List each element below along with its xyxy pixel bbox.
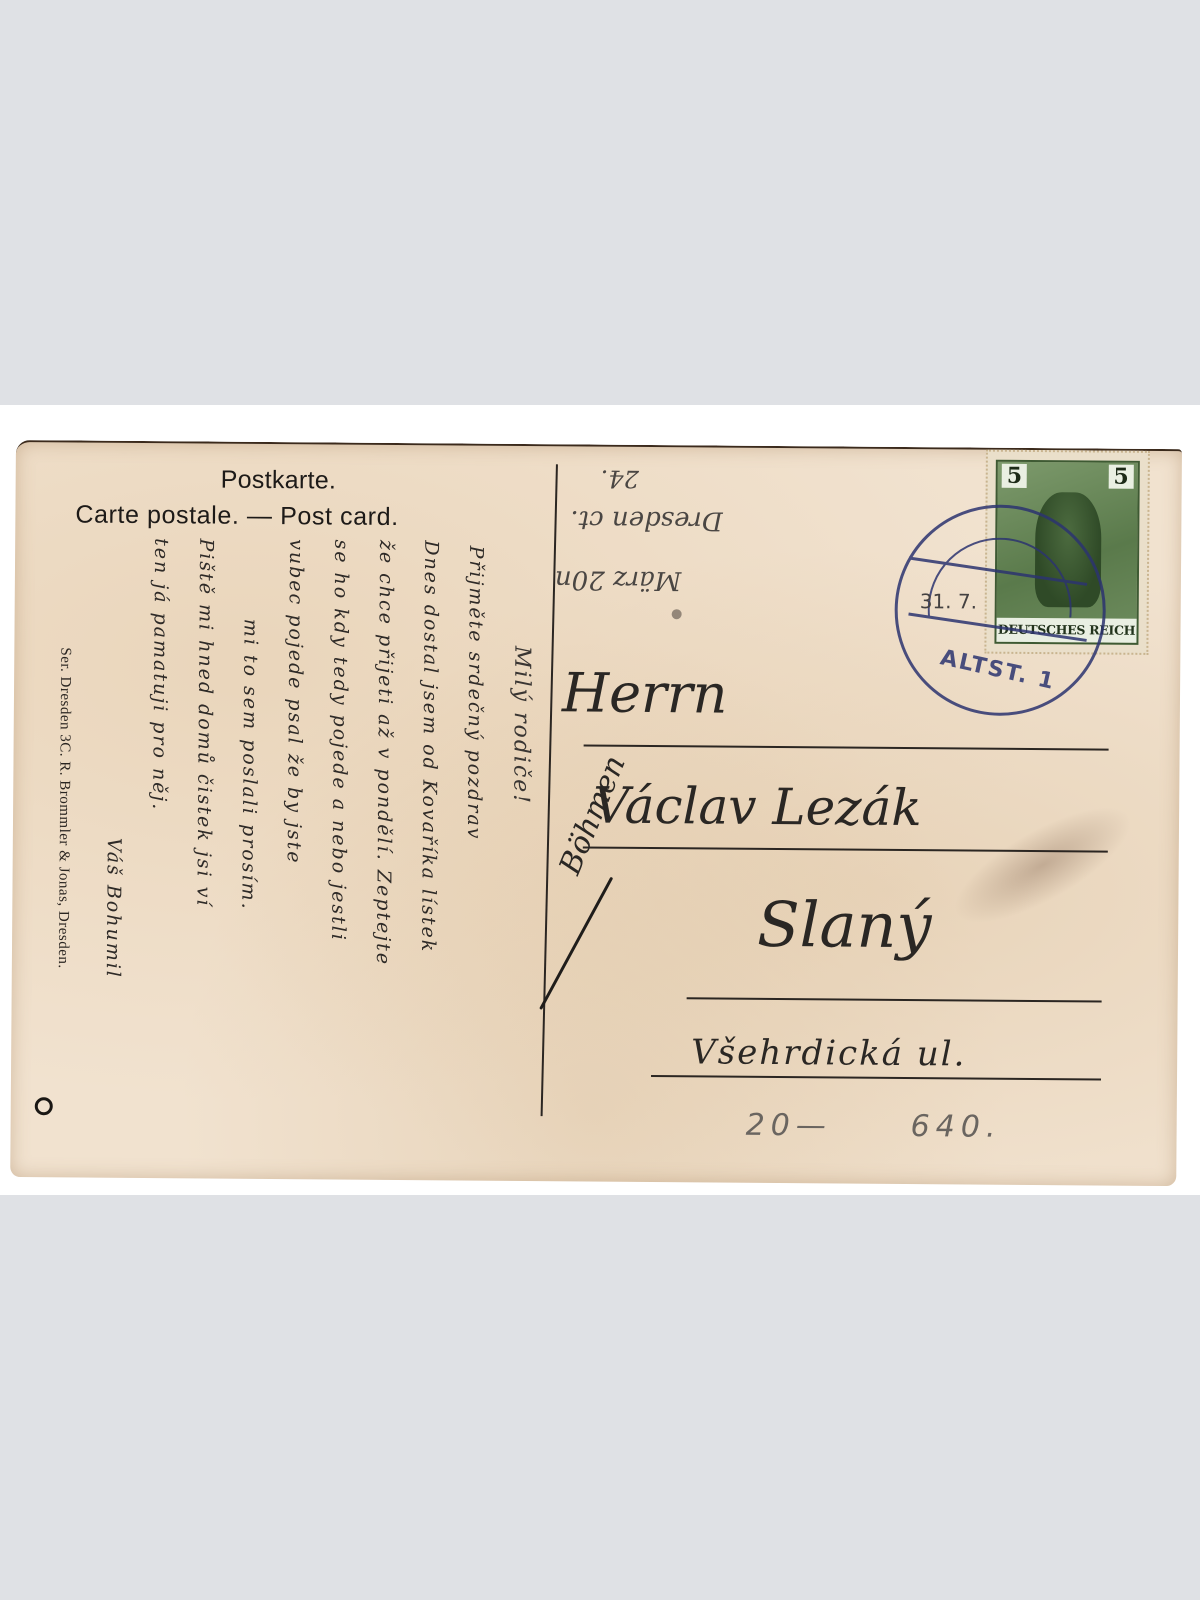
- message-line: mi to sem poslali prosím.: [237, 619, 261, 911]
- message-signature: Váš Bohumil: [102, 838, 125, 979]
- message-line: se ho kdy tedy pojede a nebo jestli: [327, 539, 352, 942]
- message-line: vubec pojede psal že by jste: [283, 539, 308, 865]
- upside-down-place: Dresden ct.: [570, 504, 723, 535]
- message-line: Piště mi hned domů čistek jsi ví: [192, 538, 217, 907]
- postmark: 31. 7. ALTST. 1: [894, 504, 1107, 717]
- address-rule: [687, 997, 1102, 1002]
- upside-down-number: 24.: [601, 465, 639, 493]
- message-line: že chce přijeti až v pondělí. Zeptejte: [372, 540, 397, 966]
- pencil-note: 640.: [910, 1109, 1001, 1145]
- address-rule: [651, 1075, 1101, 1080]
- region-stroke: [539, 877, 613, 1010]
- pencil-note: 20—: [746, 1108, 832, 1144]
- address-line-2: Václav Lezák: [593, 777, 922, 838]
- upside-down-date: März 20n: [555, 564, 682, 595]
- postmark-date: 31. 7.: [920, 589, 977, 613]
- handwritten-message: Milý rodiče! Přijměte srdečný pozdrav Dn…: [81, 538, 546, 1122]
- postmark-city: ALTST. 1: [938, 645, 1058, 695]
- stamp-value-right: 5: [1108, 465, 1134, 489]
- postcard: Postkarte. Carte postale. — Post card. S…: [10, 440, 1182, 1186]
- postcard-title: Postkarte.: [221, 466, 337, 496]
- ink-stain: [938, 785, 1147, 945]
- message-salutation: Milý rodiče!: [508, 646, 534, 805]
- publisher-logo-icon: [35, 1097, 53, 1115]
- address-rule: [584, 744, 1109, 750]
- address-line-1: Herrn: [562, 661, 728, 725]
- ink-dot: [672, 609, 682, 619]
- message-line: Přijměte srdečný pozdrav: [463, 546, 487, 841]
- message-line: Dnes dostal jsem od Kovaříka lístek: [417, 540, 442, 953]
- publisher-imprint: Ser. Dresden 3C. R. Brommler & Jonas, Dr…: [54, 647, 74, 968]
- message-line: ten já pamatuji pro něj.: [148, 538, 172, 811]
- address-line-4: Všehrdická ul.: [691, 1032, 967, 1074]
- address-line-3: Slaný: [757, 888, 932, 962]
- postcard-subtitle: Carte postale. — Post card.: [75, 500, 398, 532]
- stamp-value-left: 5: [1002, 464, 1028, 488]
